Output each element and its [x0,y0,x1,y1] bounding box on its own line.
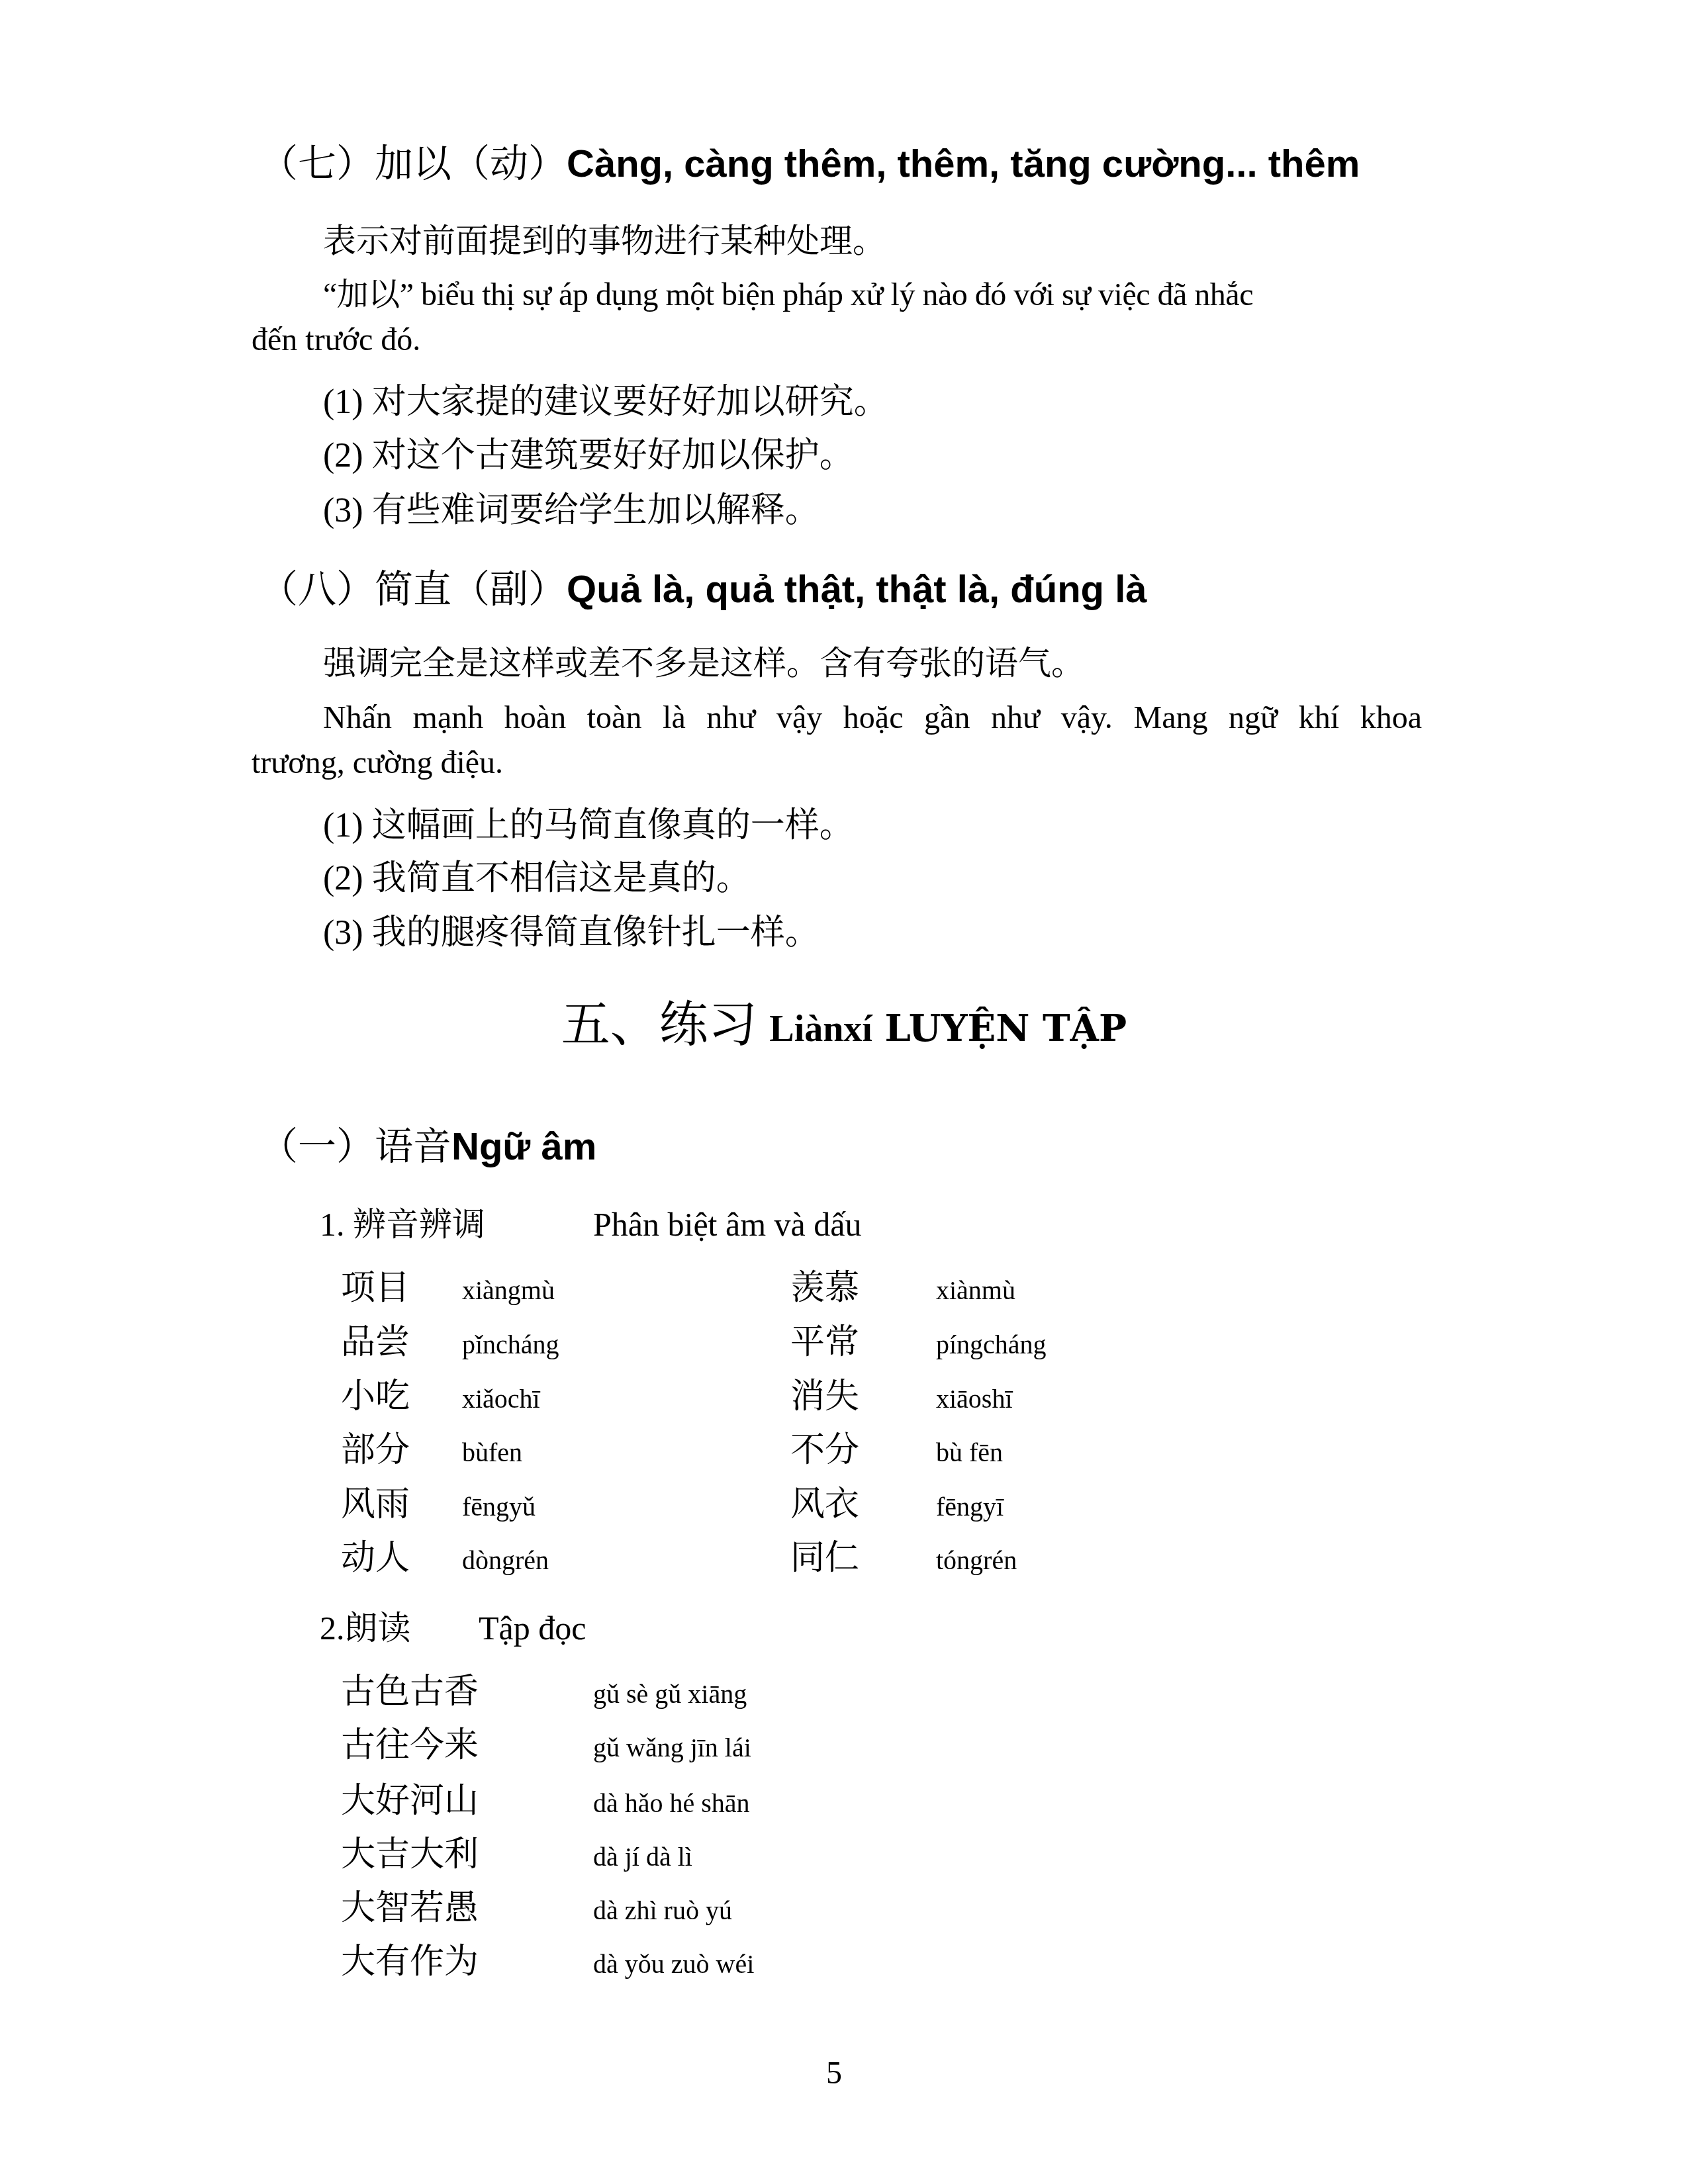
word-cn: 羡慕 [790,1267,859,1309]
word-cn: 动人 [341,1537,410,1579]
phrase-pinyin: dà hǎo hé shān [593,1782,750,1825]
exercise2-label-vi: Tập đọc [479,1607,586,1649]
phrase-cn: 古往今来 [341,1724,479,1766]
phrase-pinyin: dà zhì ruò yú [593,1889,732,1932]
section7-example: (1) 对大家提的建议要好好加以研究。 [323,381,888,424]
word-cn: 平常 [790,1321,859,1363]
word-cn: 不分 [790,1429,859,1471]
exercise2-label-cn: 2.朗读 [320,1607,411,1649]
part5-title-vi: LUYỆN TẬP [884,1007,1127,1050]
page-number: 5 [0,2055,1668,2091]
section7-example: (3) 有些难词要给学生加以解释。 [323,490,820,532]
section8-explain-vi-line2: trương, cường điệu. [252,742,503,784]
section7-heading: （七）加以（动）Càng, càng thêm, thêm, tăng cườn… [259,140,1360,187]
word-pinyin: píngcháng [936,1324,1047,1366]
part5-title-cn: 五、练习 [561,996,757,1053]
word-pinyin: tóngrén [936,1539,1017,1582]
section8-example: (2) 我简直不相信这是真的。 [323,858,751,900]
sub1-heading-cn: （一）语音 [259,1124,451,1169]
word-cn: 风雨 [341,1483,410,1525]
section8-heading-vi: Quả là, quả thật, thật là, đúng là [567,568,1147,611]
word-cn: 同仁 [790,1537,859,1579]
section7-explain-vi-line1: “加以” biểu thị sự áp dụng một biện pháp x… [323,274,1253,316]
phrase-pinyin: dà yǒu zuò wéi [593,1943,754,1985]
word-pinyin: fēngyǔ [462,1486,536,1528]
section7-heading-cn: （七）加以（动） [259,141,567,186]
word-pinyin: pǐncháng [462,1324,559,1366]
section7-heading-vi: Càng, càng thêm, thêm, tăng cường... thê… [567,142,1360,185]
sub1-heading-vi: Ngữ âm [451,1125,596,1168]
section7-explain-vi-line2: đến trước đó. [252,319,420,361]
phrase-pinyin: dà jí dà lì [593,1836,692,1878]
section8-explain-cn: 强调完全是这样或差不多是这样。含有夸张的语气。 [323,642,1084,684]
word-pinyin: xiāoshī [936,1378,1013,1420]
word-pinyin: xiǎochī [462,1378,540,1420]
part5-title-pinyin: Liànxí [769,1009,872,1050]
phrase-cn: 大吉大利 [341,1833,479,1876]
section8-heading-cn: （八）简直（副） [259,567,567,612]
section8-heading: （八）简直（副）Quả là, quả thật, thật là, đúng … [259,566,1147,613]
word-pinyin: bùfen [462,1432,522,1474]
word-cn: 品尝 [341,1321,410,1363]
section7-example: (2) 对这个古建筑要好好加以保护。 [323,435,854,477]
word-pinyin: dòngrén [462,1539,549,1582]
phrase-pinyin: gǔ wǎng jīn lái [593,1727,751,1769]
word-cn: 小吃 [341,1375,410,1418]
word-cn: 消失 [790,1375,859,1418]
phrase-pinyin: gǔ sè gǔ xiāng [593,1673,747,1715]
word-pinyin: fēngyī [936,1486,1004,1528]
section8-example: (1) 这幅画上的马简直像真的一样。 [323,805,854,847]
section7-explain-cn: 表示对前面提到的事物进行某种处理。 [323,220,886,262]
sub1-heading: （一）语音Ngữ âm [259,1123,596,1170]
phrase-cn: 大好河山 [341,1780,479,1822]
word-cn: 项目 [341,1267,410,1309]
part5-title: 五、练习 Liànxí LUYỆN TẬP [0,995,1688,1059]
word-pinyin: bù fēn [936,1432,1003,1474]
word-cn: 风衣 [790,1483,859,1525]
word-pinyin: xiàngmù [462,1269,555,1312]
word-pinyin: xiànmù [936,1269,1015,1312]
exercise1-label-vi: Phân biệt âm và dấu [593,1203,861,1246]
phrase-cn: 大有作为 [341,1940,479,1983]
section8-explain-vi-line1: Nhấn mạnh hoàn toàn là như vậy hoặc gần … [323,697,1422,739]
phrase-cn: 古色古香 [341,1670,479,1713]
section8-example: (3) 我的腿疼得简直像针扎一样。 [323,912,820,954]
phrase-cn: 大智若愚 [341,1887,479,1929]
word-cn: 部分 [341,1429,410,1471]
exercise1-label-cn: 1. 辨音辨调 [320,1203,485,1246]
